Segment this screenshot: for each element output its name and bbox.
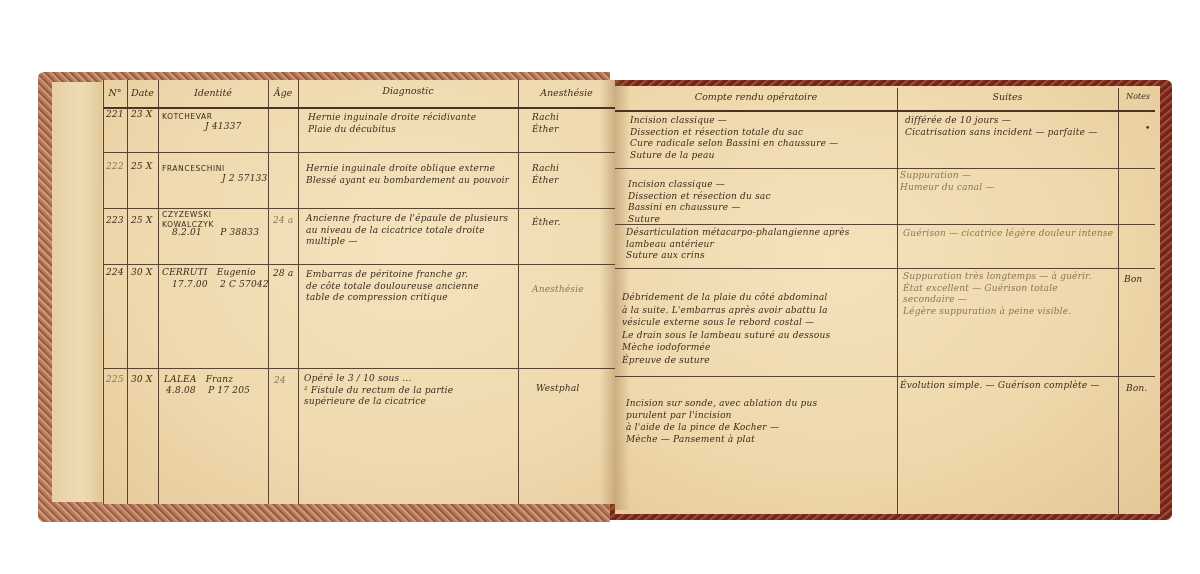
row-date: 30 X: [131, 375, 153, 387]
header-operation-report: Compte rendu opératoire: [615, 92, 897, 103]
patient-age: 28 a: [273, 269, 293, 281]
outcome-text: différée de 10 jours — Cicatrisation san…: [905, 116, 1097, 139]
operation-text: Incision sur sonde, avec ablation du pus…: [626, 398, 817, 446]
header-age: Âge: [268, 88, 298, 99]
operation-text: Incision classique — Dissection et résec…: [628, 180, 771, 226]
patient-age: 24 a: [273, 216, 293, 228]
anesthesia-text: Éther.: [532, 218, 561, 230]
patient-id: J 41337: [205, 122, 242, 134]
header-notes: Notes: [1118, 92, 1158, 101]
patient-birth-and-id: 8.2.01 P 38833: [172, 228, 259, 240]
patient-name: LALEA Franz: [164, 375, 233, 387]
notes-text: Bon: [1124, 275, 1142, 287]
header-diagnosis: Diagnostic: [298, 86, 518, 97]
diagnosis-text: Opéré le 3 / 10 sous ... ² Fistule du re…: [304, 374, 453, 409]
notes-text: •: [1145, 124, 1151, 136]
outcome-text: Évolution simple. — Guérison complète —: [900, 381, 1100, 393]
anesthesia-text: Rachi Éther: [532, 164, 559, 187]
anesthesia-text: Rachi Éther: [532, 113, 559, 136]
diagnosis-text: Hernie inguinale droite oblique externe …: [306, 164, 509, 187]
flyleaf-page: [52, 82, 104, 502]
outcome-text: Suppuration très longtemps — à guérir. É…: [903, 272, 1092, 318]
patient-birth-and-id: 4.8.08 P 17 205: [166, 386, 250, 398]
anesthesia-text: Anesthésie: [532, 285, 584, 297]
operation-text: Débridement de la plaie du côté abdomina…: [622, 292, 830, 367]
outcome-text: Suppuration — Humeur du canal —: [900, 171, 995, 194]
patient-name: CERRUTI Eugenio: [162, 268, 256, 280]
outcome-text: Guérison — cicatrice légère douleur inte…: [903, 229, 1113, 241]
row-date: 23 X: [131, 110, 153, 122]
operation-text: Désarticulation métacarpo-phalangienne a…: [626, 228, 850, 263]
patient-id: J 2 57133: [222, 174, 268, 186]
row-number: 224: [106, 268, 124, 280]
diagnosis-text: Embarras de péritoine franche gr. de côt…: [306, 270, 479, 305]
patient-name: FRANCESCHINI: [162, 163, 225, 175]
anesthesia-text: Westphal: [536, 384, 579, 396]
patient-birth-and-id: 17.7.00 2 C 57042: [172, 280, 269, 292]
diagnosis-text: Hernie inguinale droite récidivante Plai…: [308, 113, 476, 136]
row-date: 25 X: [131, 216, 153, 228]
row-date: 25 X: [131, 162, 153, 174]
row-number: 223: [106, 216, 124, 228]
header-identity: Identité: [158, 88, 268, 99]
row-number: 221: [106, 110, 124, 122]
header-outcome: Suites: [897, 92, 1118, 103]
header-date: Date: [127, 88, 158, 99]
header-anesthesia: Anesthésie: [518, 88, 615, 99]
diagnosis-text: Ancienne fracture de l'épaule de plusieu…: [306, 214, 508, 249]
row-number: 222: [106, 162, 124, 174]
row-number: 225: [106, 375, 124, 387]
patient-name: CZYZEWSKI: [162, 211, 212, 219]
notes-text: Bon.: [1126, 384, 1148, 396]
row-date: 30 X: [131, 268, 153, 280]
patient-name: KOTCHEVAR: [162, 111, 213, 123]
operation-text: Incision classique — Dissection et résec…: [630, 116, 838, 162]
header-no: N°: [103, 88, 127, 99]
patient-age: 24: [274, 376, 286, 388]
